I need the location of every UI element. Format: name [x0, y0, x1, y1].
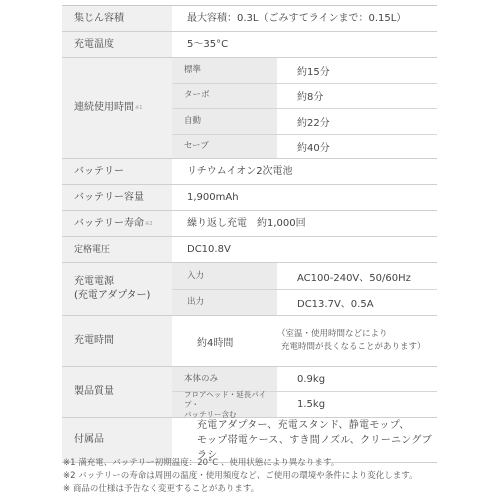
charge-time-value: 約4時間: [172, 334, 277, 349]
mode-label: 標準: [172, 58, 277, 83]
footnote-mark: ※2: [145, 217, 152, 231]
row-value: DC10.8V: [172, 237, 437, 262]
runtime-mode-auto: 自動 約22分: [172, 109, 437, 135]
row-battery-capacity: バッテリー容量 1,900mAh: [62, 185, 437, 211]
runtime-mode-standard: 標準 約15分: [172, 58, 437, 84]
footnote: ※1 満充電、バッテリー初期温度：20°C 、使用状態により異なります。: [63, 457, 418, 470]
weight-full: フロアヘッド・延長パイプ・ バッテリー含む 1.5kg: [172, 392, 437, 417]
power-source-sublabel: (充電アダプター): [74, 289, 150, 303]
mode-value: 約8分: [277, 84, 437, 109]
runtime-mode-save: セーブ 約40分: [172, 135, 437, 159]
row-weight: 製品質量 本体のみ 0.9kg フロアヘッド・延長パイプ・ バッテリー含む 1.…: [62, 367, 437, 418]
sub-value: AC100-240V、50/60Hz: [277, 263, 437, 289]
footnote: ※ 商品の仕様は予告なく変更することがあります。: [63, 483, 418, 496]
power-input: 入力 AC100-240V、50/60Hz: [172, 263, 437, 290]
sub-value: DC13.7V、0.5A: [277, 290, 437, 315]
row-label: バッテリー: [62, 159, 172, 184]
charge-time-note: （室温・使用時間などにより 充電時間が長くなることがあります）: [277, 328, 426, 354]
accessories-line: 充電アダプター、充電スタンド、静電モップ、: [197, 418, 437, 433]
row-label: 付属品: [62, 418, 172, 462]
row-label: 定格電圧: [62, 237, 172, 262]
mode-label: 自動: [172, 109, 277, 134]
row-charge-temp: 充電温度 5〜35°C: [62, 32, 437, 58]
row-value: 1,900mAh: [172, 185, 437, 210]
charge-time-cell: 約4時間 （室温・使用時間などにより 充電時間が長くなることがあります）: [172, 316, 437, 366]
row-battery-life: バッテリー寿命※2 繰り返し充電 約1,000回: [62, 211, 437, 237]
row-rated-voltage: 定格電圧 DC10.8V: [62, 237, 437, 263]
row-dust-capacity: 集じん容積 最大容積：0.3L（ごみすてラインまで：0.15L）: [62, 6, 437, 32]
power-output: 出力 DC13.7V、0.5A: [172, 290, 437, 315]
row-charge-time: 充電時間 約4時間 （室温・使用時間などにより 充電時間が長くなることがあります…: [62, 316, 437, 367]
sub-label: 入力: [172, 263, 277, 289]
runtime-mode-turbo: ターボ 約8分: [172, 84, 437, 110]
row-runtime: 連続使用時間※1 標準 約15分 ターボ 約8分 自動 約22分 セーブ 約40…: [62, 58, 437, 159]
row-battery: バッテリー リチウムイオン2次電池: [62, 159, 437, 185]
sub-label-line: フロアヘッド・延長パイプ・: [184, 390, 277, 410]
footnote-mark: ※1: [135, 101, 142, 115]
sub-label: フロアヘッド・延長パイプ・ バッテリー含む: [172, 392, 277, 417]
row-value: 5〜35°C: [172, 32, 437, 57]
battery-life-label: バッテリー寿命: [74, 217, 144, 231]
note-line: （室温・使用時間などにより: [277, 328, 426, 341]
mode-label: ターボ: [172, 84, 277, 109]
weight-body-only: 本体のみ 0.9kg: [172, 367, 437, 392]
row-label: バッテリー寿命※2: [62, 211, 172, 236]
sub-value: 1.5kg: [277, 392, 437, 417]
accessories-list: 充電アダプター、充電スタンド、静電モップ、 モップ帯電ケース、すき間ノズル、クリ…: [172, 418, 437, 462]
row-value: 最大容積：0.3L（ごみすてラインまで：0.15L）: [172, 6, 437, 31]
spec-table: 集じん容積 最大容積：0.3L（ごみすてラインまで：0.15L） 充電温度 5〜…: [62, 5, 437, 463]
row-value: 繰り返し充電 約1,000回: [172, 211, 437, 236]
row-label: バッテリー容量: [62, 185, 172, 210]
row-label: 充電時間: [62, 316, 172, 366]
runtime-modes: 標準 約15分 ターボ 約8分 自動 約22分 セーブ 約40分: [172, 58, 437, 158]
mode-value: 約22分: [277, 109, 437, 134]
note-line: 充電時間が長くなることがあります）: [277, 341, 426, 354]
mode-label: セーブ: [172, 135, 277, 159]
row-label: 集じん容積: [62, 6, 172, 31]
row-power-source: 充電電源 (充電アダプター) 入力 AC100-240V、50/60Hz 出力 …: [62, 263, 437, 316]
sub-label: 出力: [172, 290, 277, 315]
mode-value: 約40分: [277, 135, 437, 159]
power-source-items: 入力 AC100-240V、50/60Hz 出力 DC13.7V、0.5A: [172, 263, 437, 315]
power-source-label: 充電電源: [74, 275, 114, 289]
row-label: 連続使用時間※1: [62, 58, 172, 158]
row-label: 製品質量: [62, 367, 172, 417]
footnotes: ※1 満充電、バッテリー初期温度：20°C 、使用状態により異なります。 ※2 …: [63, 457, 418, 496]
row-value: リチウムイオン2次電池: [172, 159, 437, 184]
mode-value: 約15分: [277, 58, 437, 83]
row-label: 充電温度: [62, 32, 172, 57]
sub-label: 本体のみ: [172, 367, 277, 391]
weight-items: 本体のみ 0.9kg フロアヘッド・延長パイプ・ バッテリー含む 1.5kg: [172, 367, 437, 417]
row-label: 充電電源 (充電アダプター): [62, 263, 172, 315]
footnote: ※2 バッテリーの寿命は周囲の温度・使用頻度など、ご使用の環境や条件により変化し…: [63, 470, 418, 483]
sub-value: 0.9kg: [277, 367, 437, 391]
runtime-label: 連続使用時間: [74, 101, 134, 115]
